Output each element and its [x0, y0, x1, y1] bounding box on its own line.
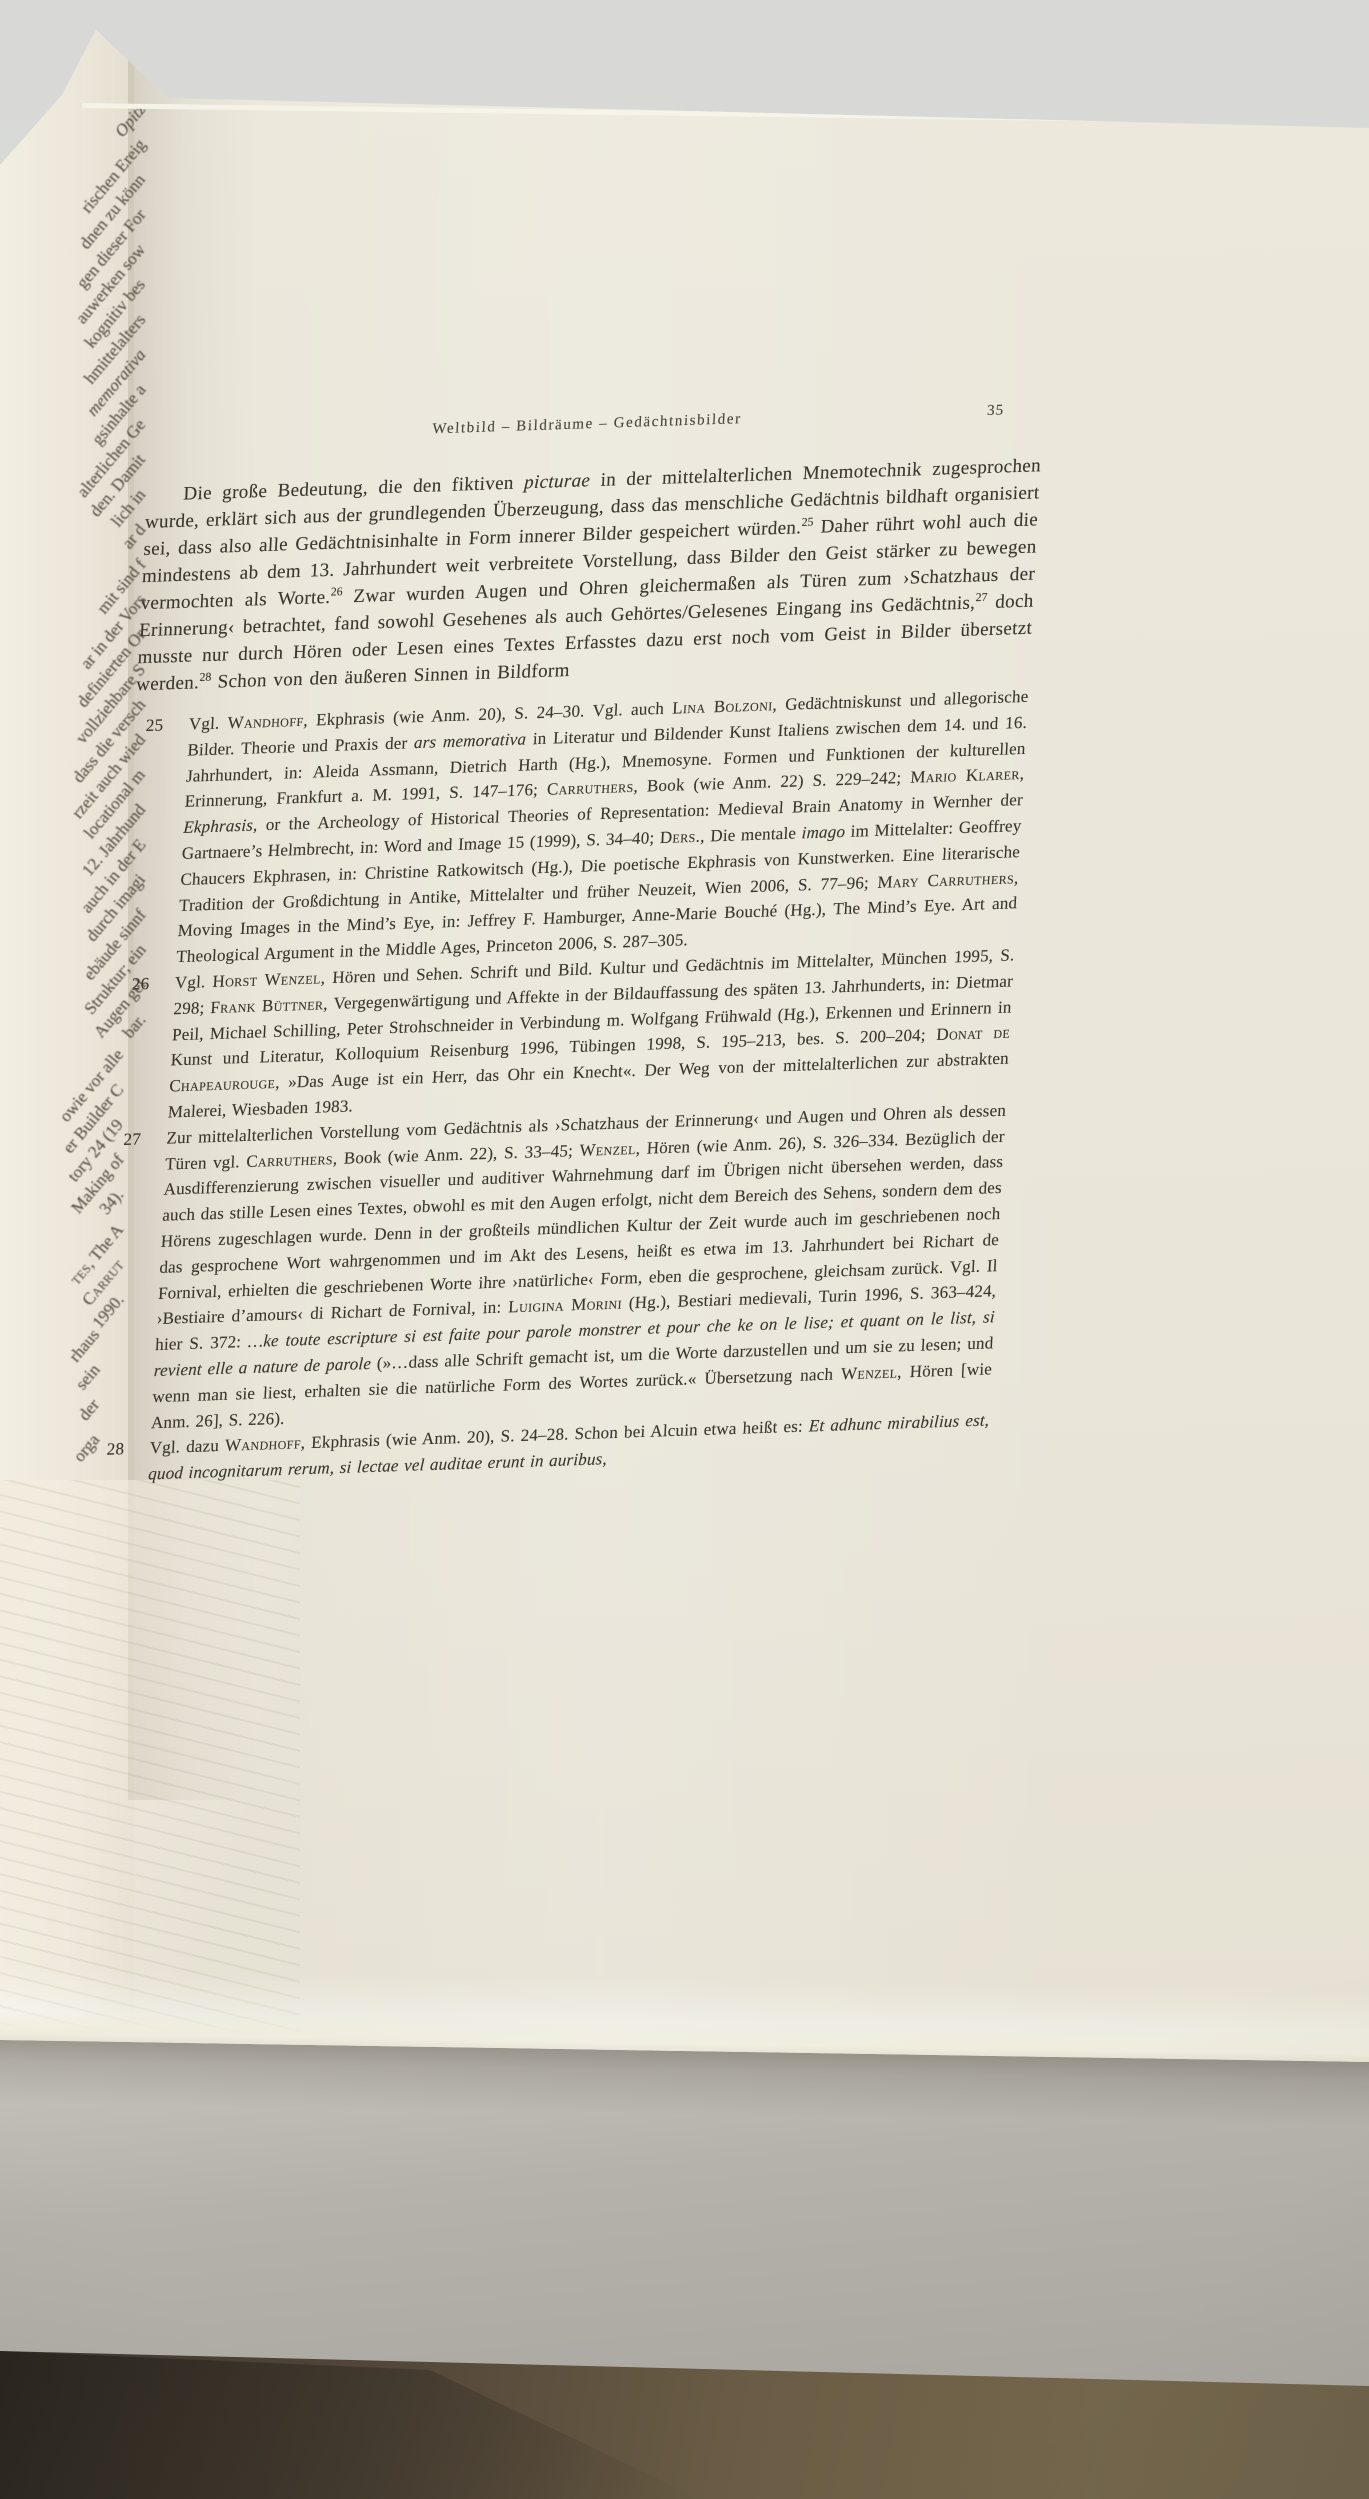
right-page-text: Weltbild – Bildräume – Gedächtnisbilder …	[55, 401, 1045, 1490]
footnote-text: Zur mittelalterlichen Vorstellung vom Ge…	[151, 1100, 1007, 1431]
footnote: 26 Vgl. Horst Wenzel, Hören und Sehen. S…	[74, 942, 1015, 1128]
footnotes-section: 25 Vgl. Wandhoff, Ekphrasis (wie Anm. 20…	[55, 684, 1029, 1491]
footnote-number: 28	[106, 1436, 125, 1462]
page-number: 35	[987, 402, 1005, 420]
footnote-text: Vgl. Wandhoff, Ekphrasis (wie Anm. 20), …	[176, 687, 1029, 967]
footnote-number: 27	[123, 1126, 142, 1152]
footnote-number: 26	[131, 971, 150, 997]
footnote: 27 Zur mittelalterlichen Vorstellung vom…	[57, 1097, 1006, 1438]
photo-scene: Opitz rischen Ereig dnen zu könn gen die…	[0, 0, 1369, 2499]
body-paragraph: Die große Bedeutung, die den fiktiven pi…	[135, 452, 1041, 698]
footnote: 25 Vgl. Wandhoff, Ekphrasis (wie Anm. 20…	[83, 684, 1029, 974]
footnote-number: 25	[145, 712, 164, 738]
footnote-text: Vgl. Horst Wenzel, Hören und Sehen. Schr…	[167, 945, 1015, 1121]
